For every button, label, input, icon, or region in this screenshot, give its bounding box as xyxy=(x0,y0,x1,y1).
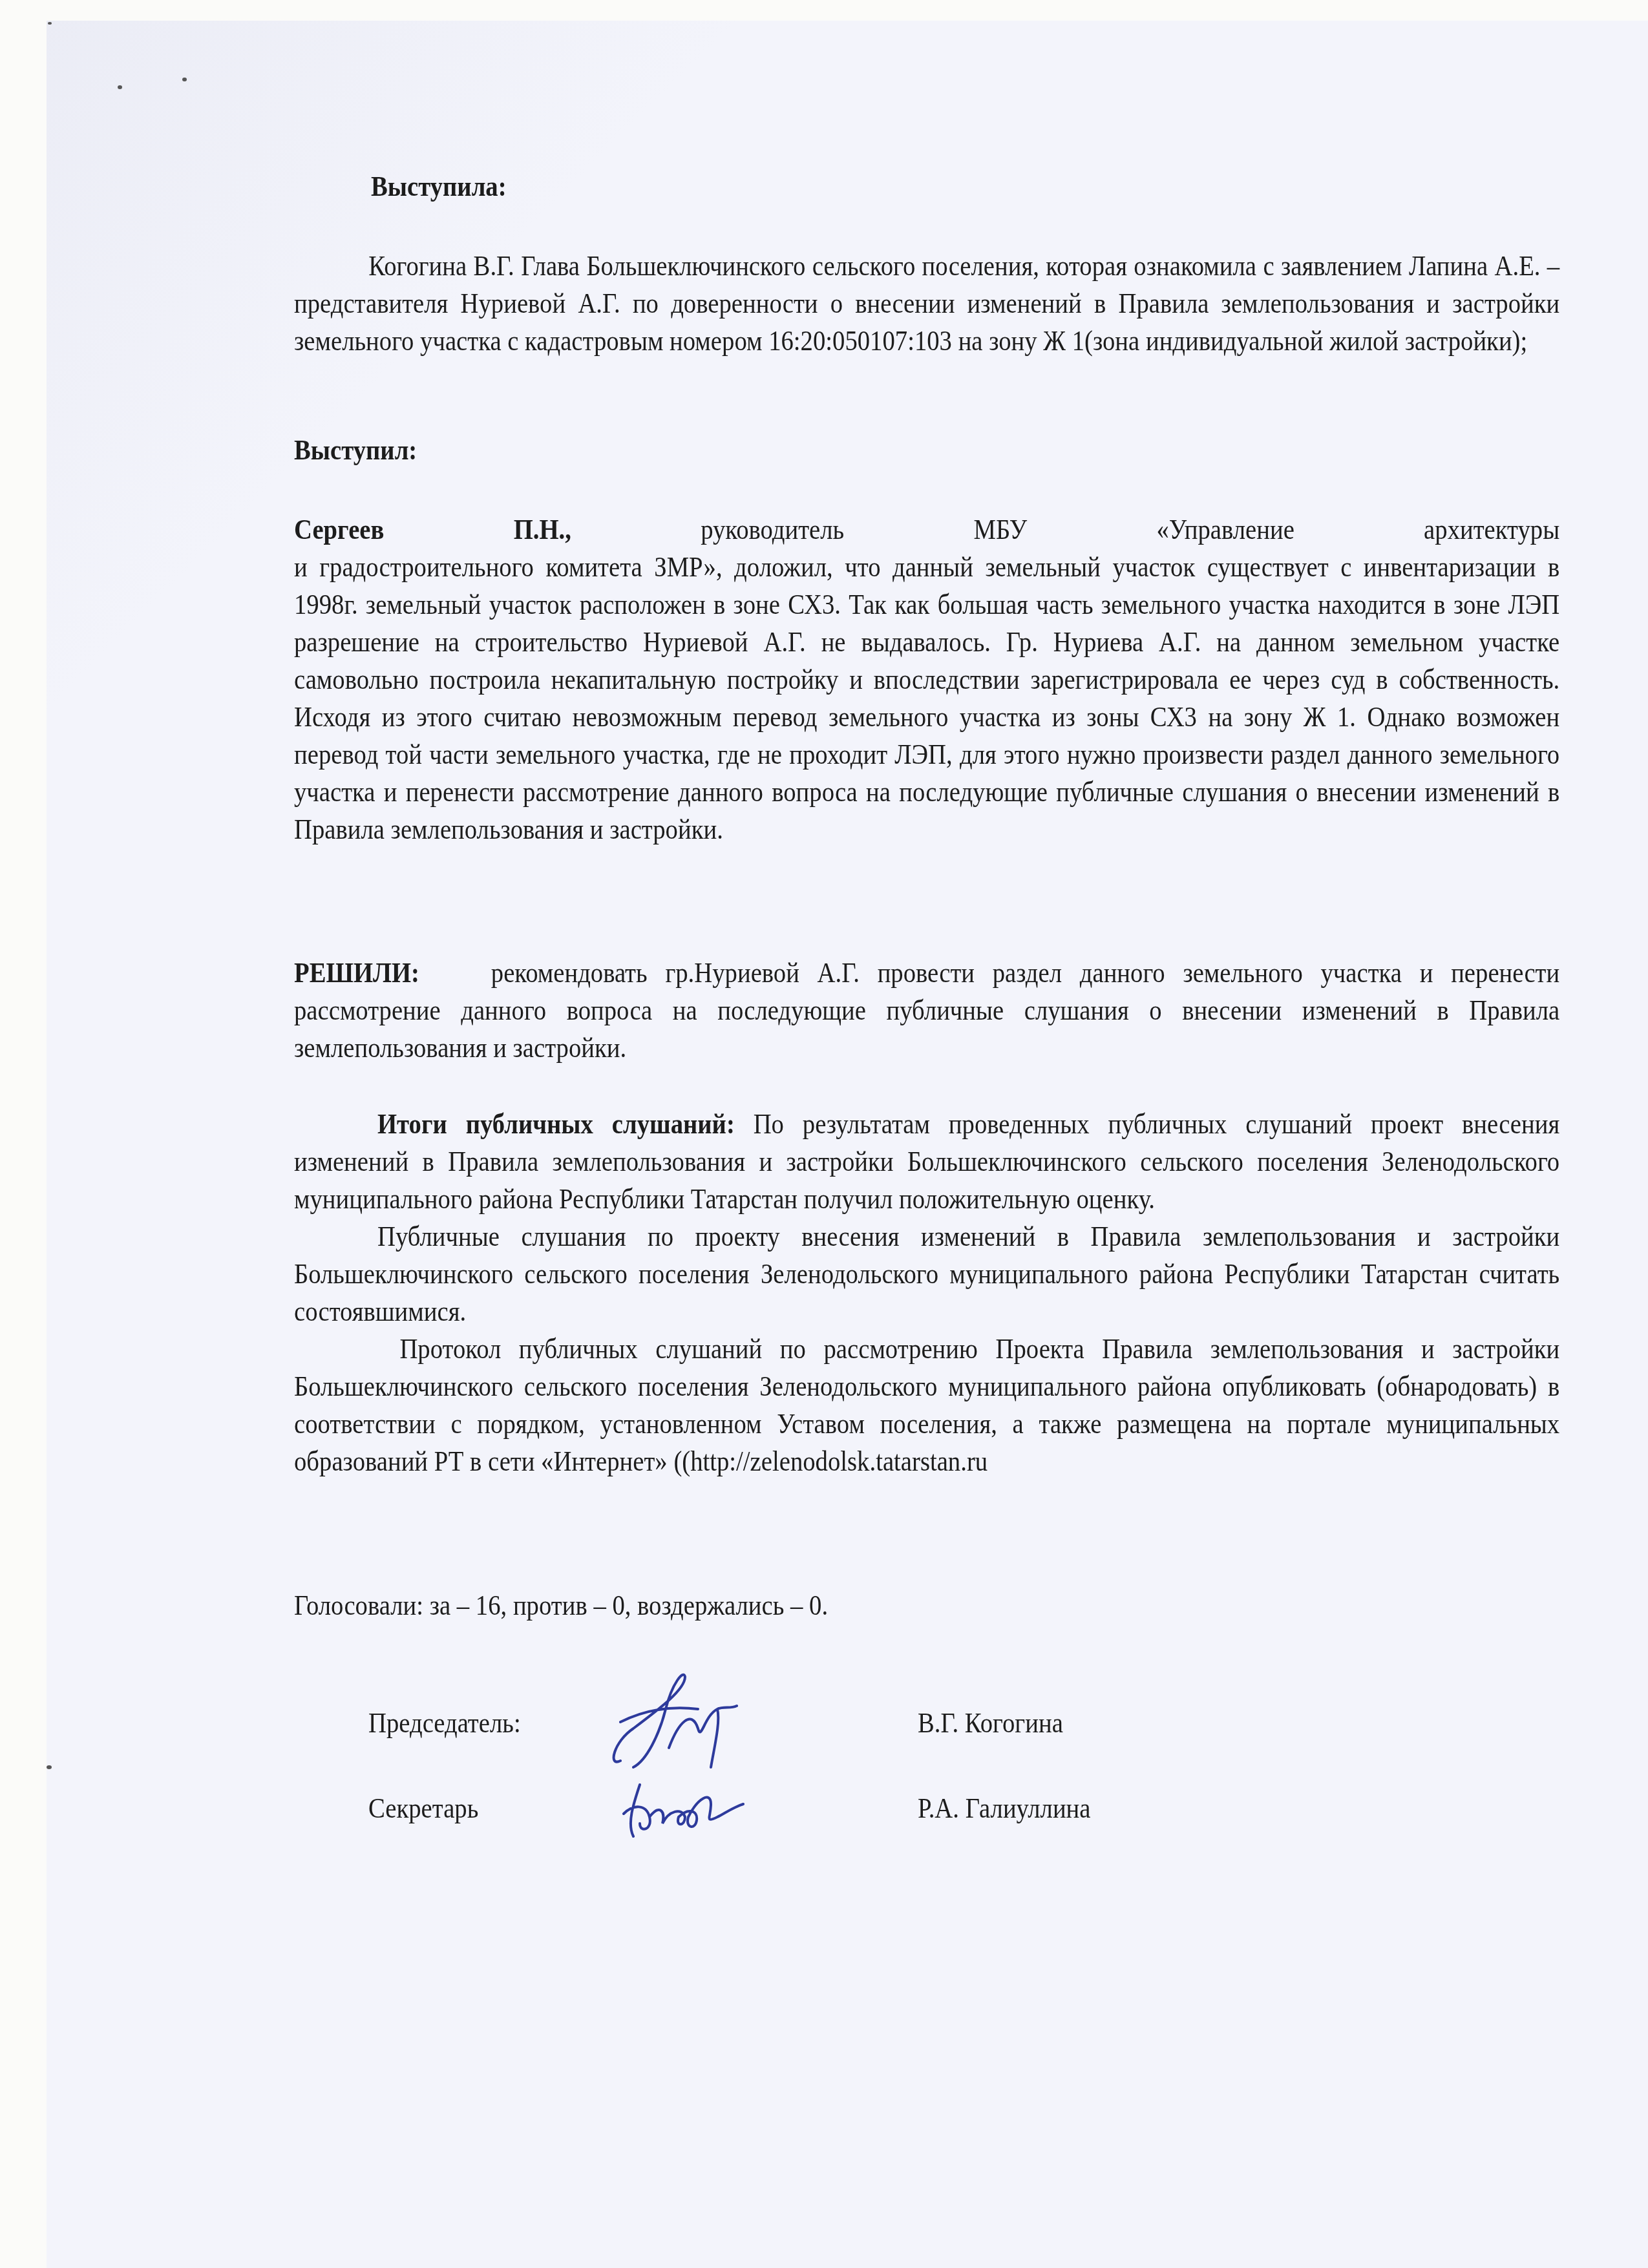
word: «Управление xyxy=(1156,510,1294,548)
section-heading-vystupil: Выступил: xyxy=(294,433,437,467)
secretary-name: Р.А. Галиуллина xyxy=(918,1791,1119,1825)
decision-paragraph: РЕШИЛИ: рекомендовать гр.Нуриевой А.Г. п… xyxy=(294,954,1648,1066)
results-paragraph-2: Публичные слушания по проекту внесения и… xyxy=(294,1217,1559,1330)
word: руководитель xyxy=(701,510,844,548)
results-inner: Итоги публичных слушаний: По результатам… xyxy=(294,1105,1559,1217)
chairman-signature-icon xyxy=(607,1670,776,1774)
vote-result: Голосовали: за – 16, против – 0, воздерж… xyxy=(294,1588,915,1622)
scan-speck xyxy=(182,78,187,81)
secretary-signature-icon xyxy=(620,1778,776,1849)
results-paragraph: Итоги публичных слушаний: По результатам… xyxy=(294,1105,1648,1480)
paragraph-text: Когогина В.Г. Глава Большеключинского се… xyxy=(294,247,1559,359)
scan-speck xyxy=(118,85,122,89)
name-text: В.Г. Когогина xyxy=(918,1706,1063,1739)
scan-speck xyxy=(48,22,52,25)
decision-inner: РЕШИЛИ: рекомендовать гр.Нуриевой А.Г. п… xyxy=(294,954,1559,1066)
paragraph-text: и градостроительного комитета ЗМР», доло… xyxy=(294,548,1559,848)
paragraph-kogogina: Когогина В.Г. Глава Большеключинского се… xyxy=(294,247,1648,359)
section-heading-vystupila: Выступила: xyxy=(371,169,529,203)
word: МБУ xyxy=(973,510,1027,548)
results-label: Итоги публичных слушаний: xyxy=(377,1108,735,1140)
paragraph-inner: Сергеев П.Н., руководитель МБУ «Управлен… xyxy=(294,510,1559,848)
scan-speck xyxy=(47,1765,52,1769)
role-label: Секретарь xyxy=(368,1791,478,1825)
heading-text: Выступила: xyxy=(371,169,507,203)
chairman-role: Председатель: xyxy=(368,1706,545,1739)
speaker-initials: П.Н., xyxy=(514,510,571,548)
decision-label: РЕШИЛИ: xyxy=(294,956,419,989)
name-text: Р.А. Галиуллина xyxy=(918,1791,1090,1825)
chairman-name: В.Г. Когогина xyxy=(918,1706,1086,1739)
heading-text: Выступил: xyxy=(294,433,417,467)
paragraph-sergeev: Сергеев П.Н., руководитель МБУ «Управлен… xyxy=(294,510,1648,848)
sergeev-first-line: Сергеев П.Н., руководитель МБУ «Управлен… xyxy=(294,510,1559,548)
vote-text: Голосовали: за – 16, против – 0, воздерж… xyxy=(294,1588,828,1622)
role-label: Председатель: xyxy=(368,1706,521,1739)
speaker-surname: Сергеев xyxy=(294,510,384,548)
results-paragraph-3: Протокол публичных слушаний по рассмотре… xyxy=(294,1330,1559,1480)
decision-text: рекомендовать гр.Нуриевой А.Г. провести … xyxy=(294,956,1559,1064)
secretary-role: Секретарь xyxy=(368,1791,496,1825)
word: архитектуры xyxy=(1424,510,1559,548)
